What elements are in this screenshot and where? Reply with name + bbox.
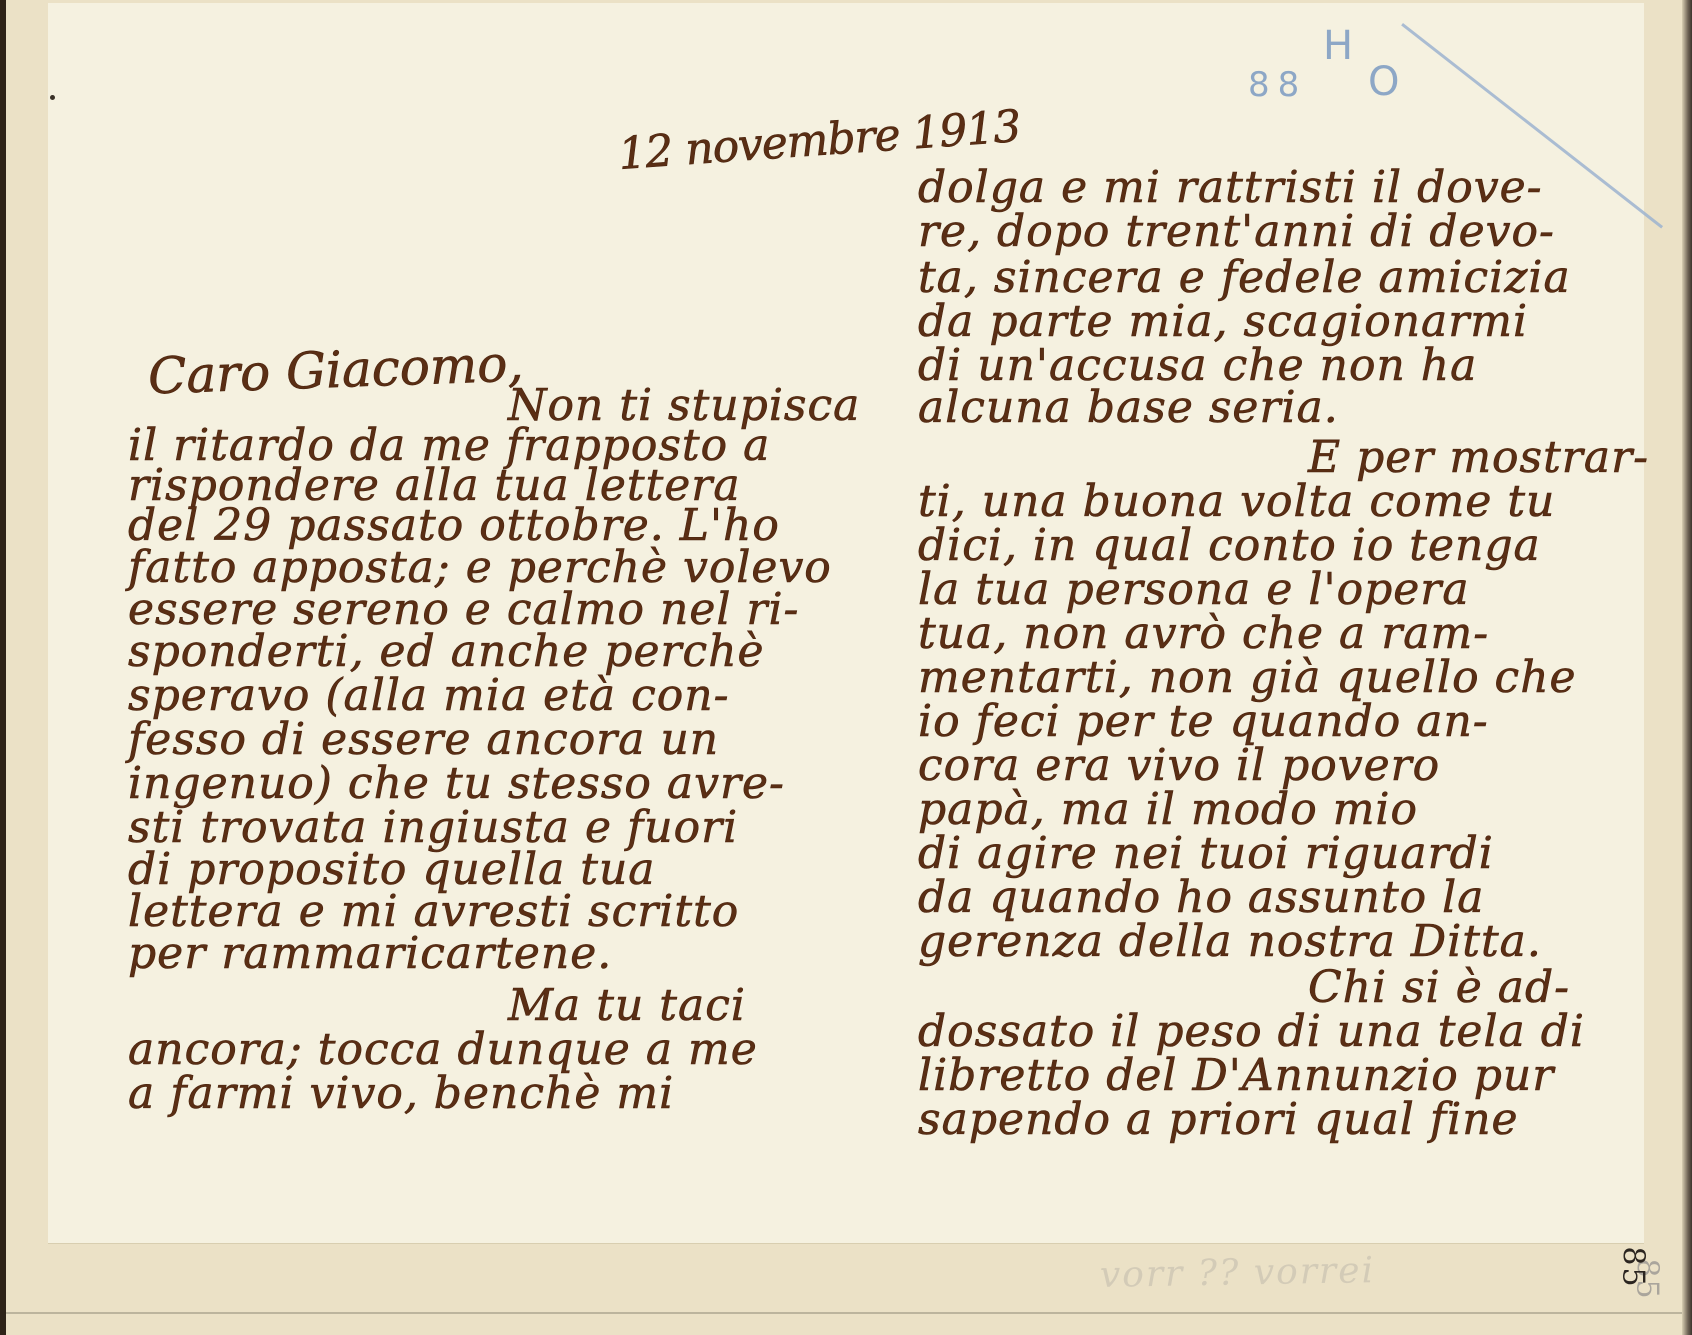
paper-speck [50, 95, 55, 100]
archive-mark-o: O [1368, 59, 1407, 105]
text-line: alcuna base seria. [918, 383, 1339, 433]
text-line: re, dopo trent'anni di devo- [918, 207, 1555, 257]
text-line: a farmi vivo, benchè mi [128, 1069, 674, 1119]
bleed-through-text: vorr ?? vorrei [1100, 1245, 1661, 1315]
letter-sheet: 12 novembre 1913 H O 88 Caro Giacomo, No… [48, 3, 1644, 1243]
text-line: sapendo a priori qual fine [918, 1095, 1519, 1145]
archive-mark-h: H [1323, 23, 1361, 69]
scan-left-edge [0, 0, 6, 1335]
scan-right-edge [1682, 0, 1692, 1335]
archive-number: 88 [1248, 65, 1307, 105]
scan-bottom-line [6, 1312, 1682, 1314]
text-line: per rammaricartene. [128, 929, 612, 979]
text-line: gerenza della nostra Ditta. [918, 917, 1542, 967]
folio-number: 85 [1616, 1246, 1651, 1288]
scan-background: vorr ?? vorrei 12 novembre 1913 H O 88 C… [0, 0, 1692, 1335]
